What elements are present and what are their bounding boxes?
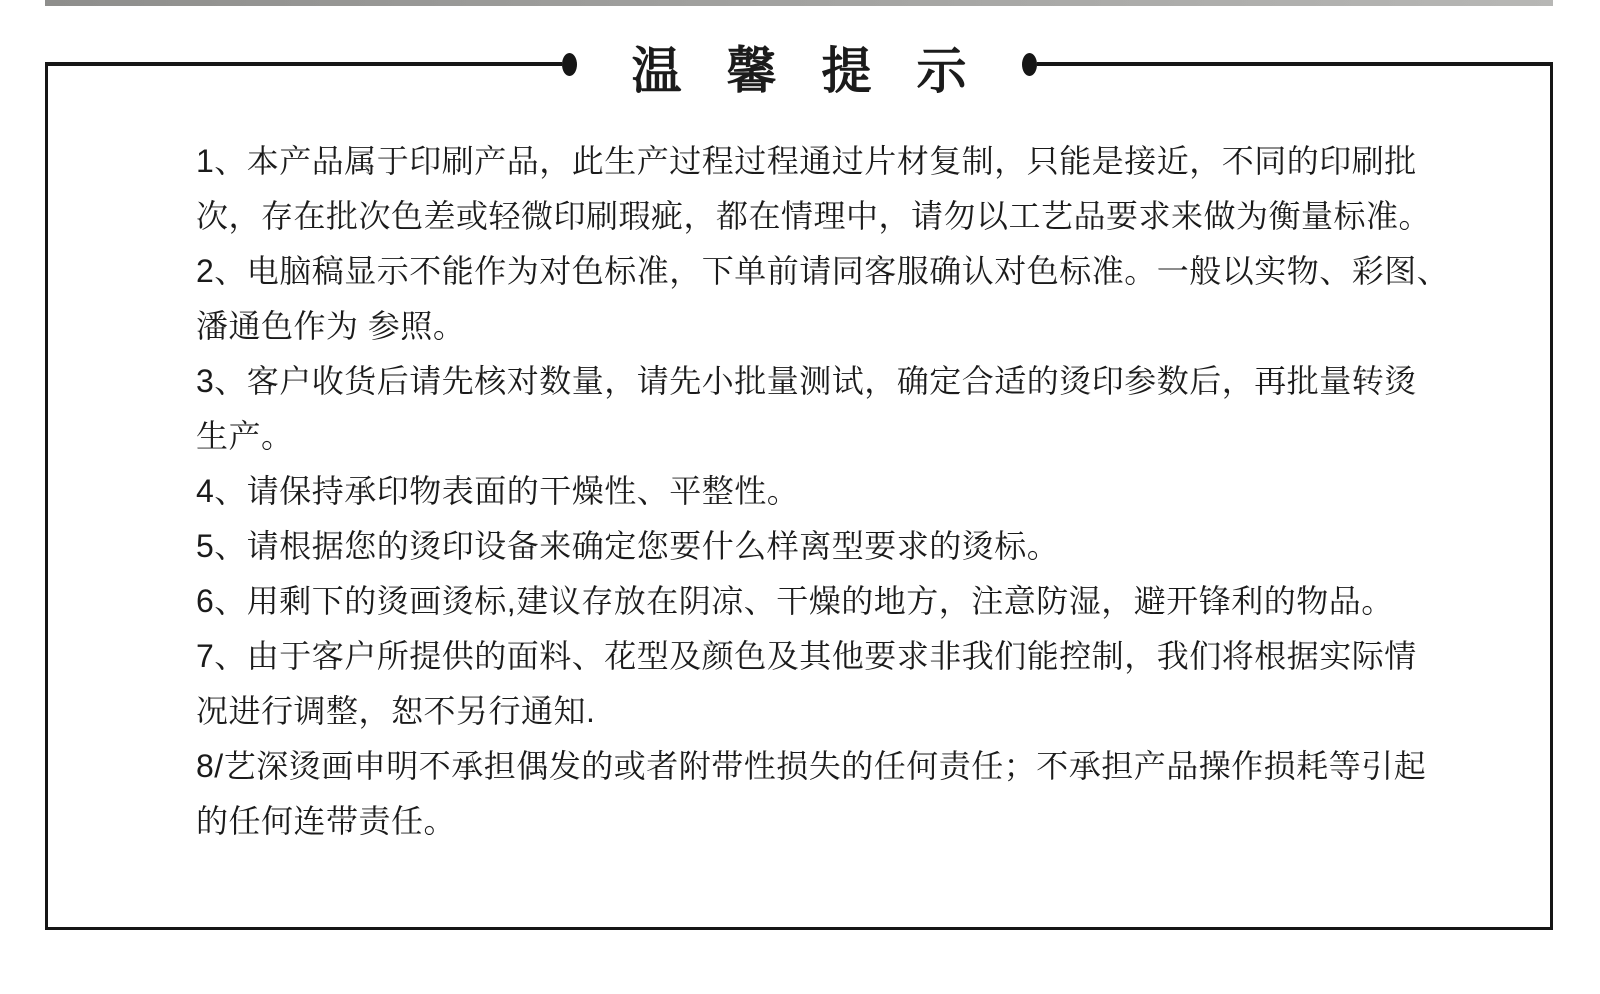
title-divider: 温馨提示 [45, 33, 1553, 95]
title-dot-right [1022, 53, 1037, 76]
title-dot-left [562, 53, 577, 76]
notice-text: 1、本产品属于印刷产品，此生产过程过程通过片材复制，只能是接近，不同的印刷批 次… [48, 64, 1550, 849]
top-accent-bar [45, 0, 1553, 6]
notice-line: 3、客户收货后请先核对数量，请先小批量测试，确定合适的烫印参数后，再批量转烫 [196, 354, 1410, 409]
notice-line: 1、本产品属于印刷产品，此生产过程过程通过片材复制，只能是接近，不同的印刷批 [196, 134, 1410, 189]
notice-line: 次，存在批次色差或轻微印刷瑕疵，都在情理中，请勿以工艺品要求来做为衡量标准。 [196, 189, 1410, 244]
notice-line: 潘通色作为 参照。 [196, 299, 1410, 354]
notice-line: 8/艺深烫画申明不承担偶发的或者附带性损失的任何责任；不承担产品操作损耗等引起 [196, 739, 1410, 794]
page-title: 温馨提示 [632, 31, 1012, 103]
notice-box: 温馨提示 1、本产品属于印刷产品，此生产过程过程通过片材复制，只能是接近，不同的… [45, 64, 1553, 930]
notice-line: 生产。 [196, 409, 1410, 464]
notice-line: 的任何连带责任。 [196, 794, 1410, 849]
notice-line: 况进行调整，恕不另行通知. [196, 684, 1410, 739]
notice-line: 5、请根据您的烫印设备来确定您要什么样离型要求的烫标。 [196, 519, 1410, 574]
notice-line: 2、电脑稿显示不能作为对色标准，下单前请同客服确认对色标准。一般以实物、彩图、 [196, 244, 1410, 299]
title-line-left [45, 62, 562, 66]
notice-line: 4、请保持承印物表面的干燥性、平整性。 [196, 464, 1410, 519]
title-line-right [1037, 62, 1554, 66]
notice-line: 7、由于客户所提供的面料、花型及颜色及其他要求非我们能控制，我们将根据实际情 [196, 629, 1410, 684]
notice-line: 6、用剩下的烫画烫标,建议存放在阴凉、干燥的地方，注意防湿，避开锋利的物品。 [196, 574, 1410, 629]
notice-page: 温馨提示 1、本产品属于印刷产品，此生产过程过程通过片材复制，只能是接近，不同的… [0, 0, 1600, 994]
